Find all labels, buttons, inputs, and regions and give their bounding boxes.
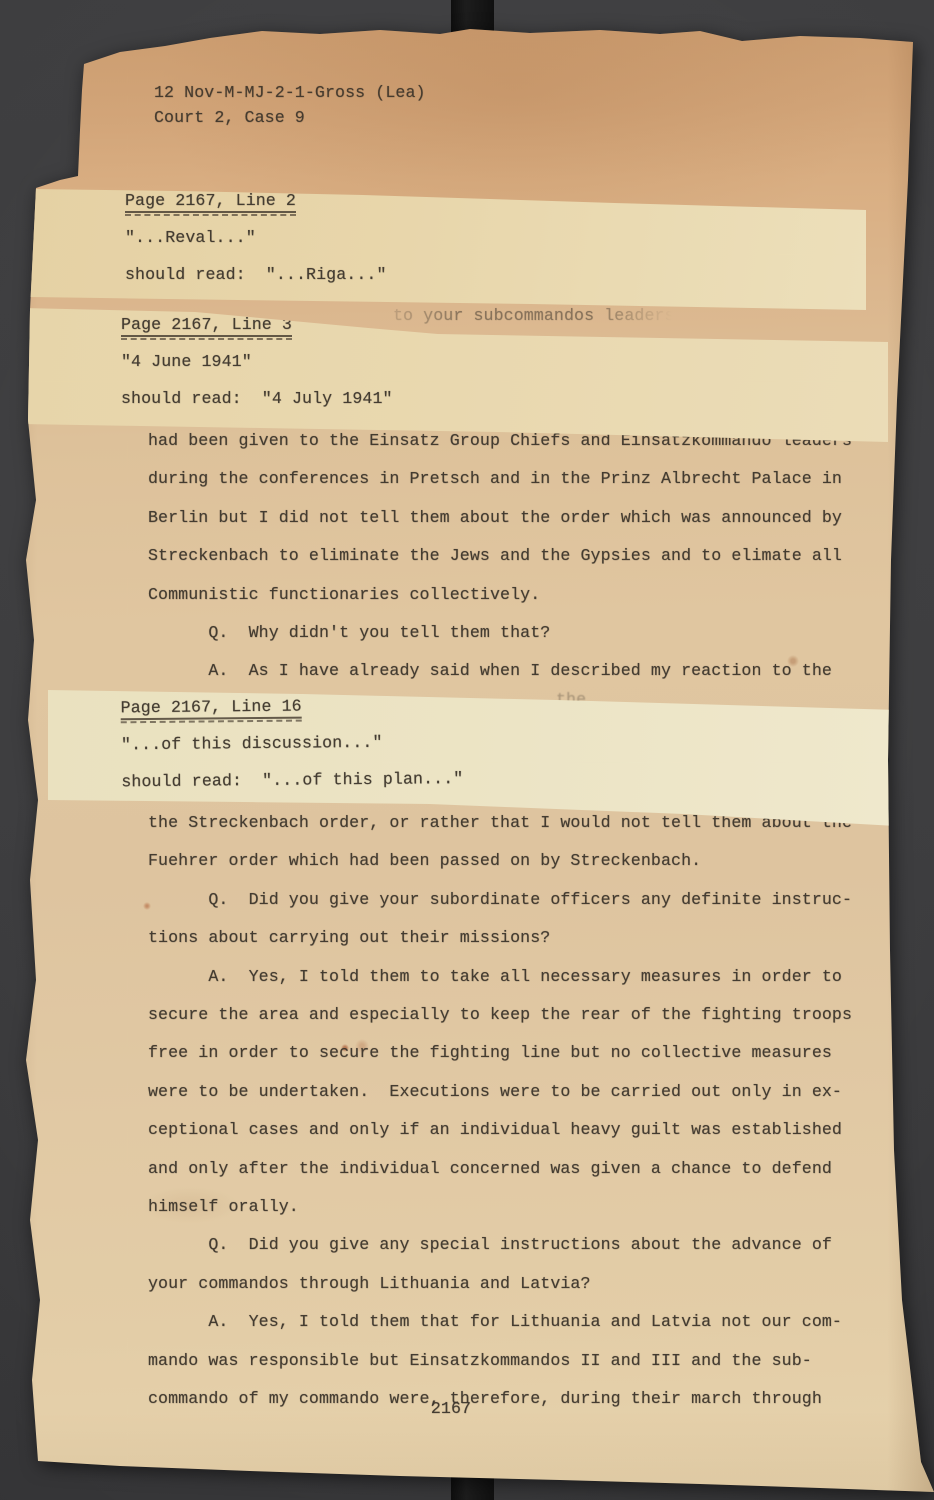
transcript-line: tions about carrying out their missions? xyxy=(148,919,852,957)
page-number: 2167 xyxy=(148,1396,754,1421)
underline-dash xyxy=(121,338,292,340)
transcript-page: 12 Nov-M-MJ-2-1-Gross (Lea) Court 2, Cas… xyxy=(0,0,934,1500)
transcript-line: were to be undertaken. Executions were t… xyxy=(148,1073,852,1111)
underline-dash xyxy=(125,214,296,216)
correction-slip-1: Page 2167, Line 2 "...Reval..." should r… xyxy=(28,183,866,315)
transcript-line: Streckenbach to eliminate the Jews and t… xyxy=(148,537,852,575)
transcript-line: Fuehrer order which had been passed on b… xyxy=(148,842,852,880)
transcript-line: mando was responsible but Einsatzkommand… xyxy=(148,1342,852,1380)
transcript-line: ceptional cases and only if an individua… xyxy=(148,1111,852,1149)
transcript-line: A. Yes, I told them that for Lithuania a… xyxy=(148,1303,852,1341)
correction-heading: Page 2167, Line 2 xyxy=(125,191,296,216)
transcript-block: had been given to the Einsatz Group Chie… xyxy=(148,422,852,691)
transcript-line: Berlin but I did not tell them about the… xyxy=(148,499,852,537)
header-line: Court 2, Case 9 xyxy=(154,105,426,130)
correction-slip-content: Page 2167, Line 16 "...of this discussio… xyxy=(47,678,896,810)
underline-dash xyxy=(121,720,302,724)
scanned-document-view: 12 Nov-M-MJ-2-1-Gross (Lea) Court 2, Cas… xyxy=(0,0,934,1500)
correction-slip-content: Page 2167, Line 2 "...Reval..." should r… xyxy=(28,183,866,302)
correction-heading: Page 2167, Line 3 xyxy=(121,315,292,340)
transcript-line: free in order to secure the fighting lin… xyxy=(148,1034,852,1072)
transcript-line: your commandos through Lithuania and Lat… xyxy=(148,1265,852,1303)
correction-replacement-text: should read: "...Riga..." xyxy=(125,265,866,302)
transcript-line: during the conferences in Pretsch and in… xyxy=(148,460,852,498)
transcript-line: secure the area and especially to keep t… xyxy=(148,996,852,1034)
page-header: 12 Nov-M-MJ-2-1-Gross (Lea) Court 2, Cas… xyxy=(154,80,426,130)
correction-heading: Page 2167, Line 16 xyxy=(121,697,302,724)
transcript-line: Q. Did you give any special instructions… xyxy=(148,1226,852,1264)
correction-heading-text: Page 2167, Line 2 xyxy=(125,191,296,213)
correction-replacement-text: should read: "...of this plan..." xyxy=(121,765,896,809)
correction-original-text: "4 June 1941" xyxy=(121,352,888,389)
correction-heading-text: Page 2167, Line 3 xyxy=(121,315,292,337)
transcript-line: and only after the individual concerned … xyxy=(148,1150,852,1188)
ghost-text-under-slip: to your subcommandos leaders xyxy=(393,306,675,325)
correction-replacement-text: should read: "4 July 1941" xyxy=(121,389,888,426)
transcript-line: Q. Did you give your subordinate officer… xyxy=(148,881,852,919)
transcript-line: Q. Why didn't you tell them that? xyxy=(148,614,852,652)
transcript-block: the Streckenbach order, or rather that I… xyxy=(148,804,852,1419)
header-line: 12 Nov-M-MJ-2-1-Gross (Lea) xyxy=(154,80,426,105)
paper-shadow-wrap: 12 Nov-M-MJ-2-1-Gross (Lea) Court 2, Cas… xyxy=(0,0,934,1500)
transcript-line: himself orally. xyxy=(148,1188,852,1226)
correction-heading-text: Page 2167, Line 16 xyxy=(121,697,302,721)
transcript-line: A. As I have already said when I describ… xyxy=(148,652,852,690)
correction-heading-row: Page 2167, Line 2 xyxy=(125,191,866,228)
transcript-line: Communistic functionaries collectively. xyxy=(148,576,852,614)
transcript-line: A. Yes, I told them to take all necessar… xyxy=(148,958,852,996)
correction-original-text: "...Reval..." xyxy=(125,228,866,265)
